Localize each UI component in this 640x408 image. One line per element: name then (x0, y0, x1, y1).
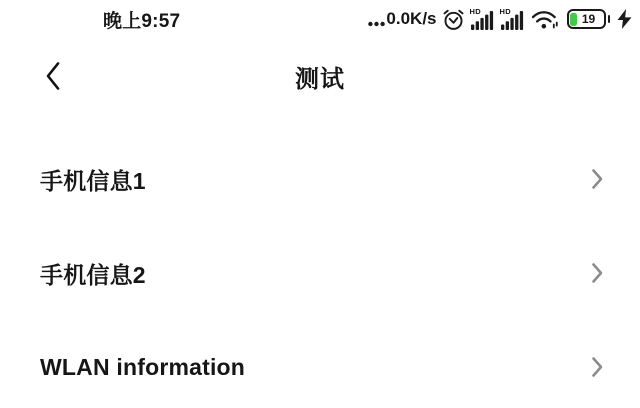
chevron-right-icon (591, 262, 604, 284)
status-icons: 0.0K/s HD HD (368, 8, 632, 31)
list-item-phone-info-2[interactable]: 手机信息2 (0, 226, 640, 320)
network-speed-value: 0.0K/s (386, 9, 436, 29)
notification-dots-icon (368, 19, 385, 27)
battery-percent: 19 (577, 13, 595, 25)
battery-fill (570, 13, 577, 26)
list-item-label: WLAN information (40, 354, 245, 381)
sim1-signal-icon: HD (470, 8, 495, 30)
wifi-icon (530, 8, 559, 31)
network-speed: 0.0K/s (368, 9, 436, 29)
clock-time: 晚上9:57 (103, 6, 180, 33)
chevron-right-icon (591, 168, 604, 190)
charging-bolt-icon (617, 9, 632, 29)
back-chevron-icon (44, 60, 62, 92)
battery-nub (608, 15, 611, 23)
status-bar: 晚上9:57 0.0K/s HD (0, 0, 640, 34)
list-item-label: 手机信息1 (40, 163, 146, 196)
battery-body: 19 (567, 9, 606, 29)
list-item-phone-info-1[interactable]: 手机信息1 (0, 132, 640, 226)
back-button[interactable] (42, 58, 64, 94)
nav-bar: 测试 (0, 40, 640, 112)
alarm-icon (442, 8, 465, 31)
list-item-wlan-information[interactable]: WLAN information (0, 320, 640, 408)
page-title: 测试 (0, 59, 640, 94)
list-item-label: 手机信息2 (40, 257, 146, 290)
chevron-right-icon (591, 356, 604, 378)
battery-icon: 19 (567, 9, 611, 29)
settings-list: 手机信息1 手机信息2 WLAN information (0, 132, 640, 408)
sim2-signal-icon: HD (500, 8, 525, 30)
